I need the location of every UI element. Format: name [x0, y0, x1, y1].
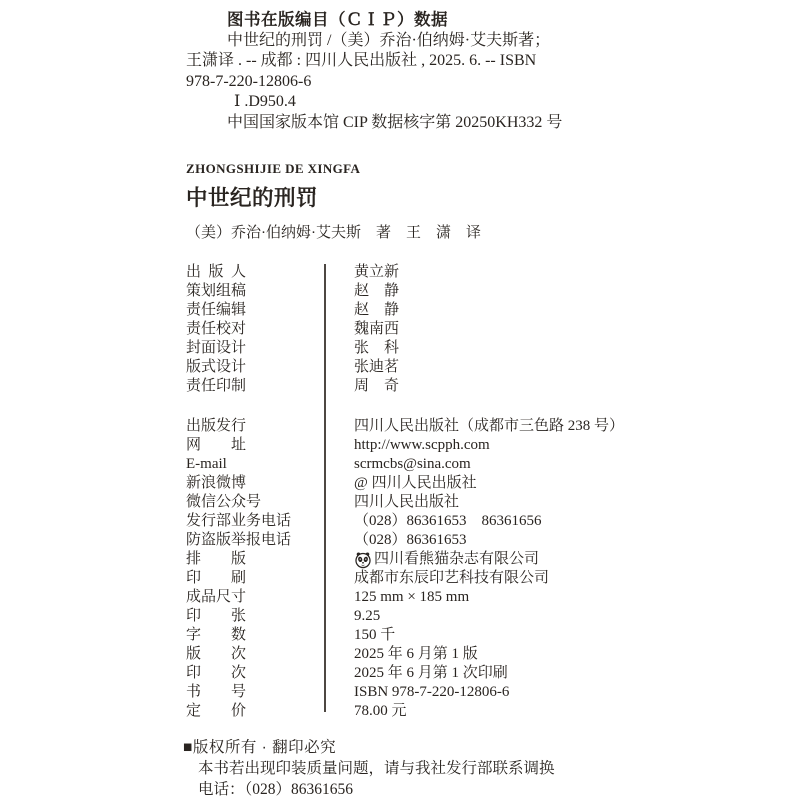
row-label: 策划组稿	[186, 282, 324, 301]
info-row-sales-phone: 发行部业务电话 （028）86361653 86361656	[186, 512, 766, 531]
info-row-publisher: 出版发行 四川人民出版社（成都市三色路 238 号）	[186, 417, 766, 436]
cip-data-block: 图书在版编目（ＣＩＰ）数据 中世纪的刑罚 /（美）乔治·伯纳姆·艾夫斯著； 王潇…	[186, 10, 676, 133]
info-row-website: 网 址 http://www.scpph.com	[186, 436, 766, 455]
row-label: 排 版	[186, 550, 324, 569]
cip-classification: Ⅰ .D950.4	[186, 92, 676, 113]
row-label: 防盗版举报电话	[186, 531, 324, 550]
info-row-sheets: 印 张 9.25	[186, 607, 766, 626]
row-value: 150 千	[324, 626, 395, 645]
row-label: 新浪微博	[186, 474, 324, 493]
row-value: 2025 年 6 月第 1 版	[324, 645, 478, 664]
row-value: scrmcbs@sina.com	[324, 455, 471, 474]
cip-line: 王潇译 . -- 成都 : 四川人民出版社 , 2025. 6. -- ISBN	[186, 51, 676, 72]
info-row-editor: 责任编辑 赵 静	[186, 301, 766, 320]
row-label: 发行部业务电话	[186, 512, 324, 531]
row-label: 版 次	[186, 645, 324, 664]
info-row-impression: 印 次 2025 年 6 月第 1 次印刷	[186, 664, 766, 683]
row-value: 78.00 元	[324, 702, 407, 721]
publication-info-table: 出 版 人 黄立新 策划组稿 赵 静 责任编辑 赵 静 责任校对 魏南西 封面设…	[186, 263, 766, 721]
row-label: E-mail	[186, 455, 324, 474]
row-value: 赵 静	[324, 301, 399, 320]
row-value: @ 四川人民出版社	[324, 474, 477, 493]
row-value: （028）86361653 86361656	[324, 512, 542, 531]
info-row-printing: 印 刷 成都市东辰印艺科技有限公司	[186, 569, 766, 588]
vertical-divider	[324, 264, 326, 712]
row-label: 书 号	[186, 683, 324, 702]
row-value: 2025 年 6 月第 1 次印刷	[324, 664, 508, 683]
row-value: 周 奇	[324, 377, 399, 396]
info-row-piracy-report-phone: 防盗版举报电话 （028）86361653	[186, 531, 766, 550]
info-row-acquisition: 策划组稿 赵 静	[186, 282, 766, 301]
row-label: 字 数	[186, 626, 324, 645]
panda-logo-icon	[354, 551, 372, 569]
row-value: ISBN 978-7-220-12806-6	[324, 683, 509, 702]
row-value: 125 mm × 185 mm	[324, 588, 469, 607]
row-label: 责任印制	[186, 377, 324, 396]
info-row-edition: 版 次 2025 年 6 月第 1 版	[186, 645, 766, 664]
row-value: 四川看熊猫杂志有限公司	[324, 550, 539, 569]
cip-title: 图书在版编目（ＣＩＰ）数据	[186, 10, 676, 31]
row-label: 版式设计	[186, 358, 324, 377]
info-row-layout-design: 版式设计 张迪茗	[186, 358, 766, 377]
author-translator-line: （美）乔治·伯纳姆·艾夫斯 著 王 潇 译	[186, 221, 481, 242]
cip-line: 中世纪的刑罚 /（美）乔治·伯纳姆·艾夫斯著；	[186, 31, 676, 52]
row-label: 印 刷	[186, 569, 324, 588]
info-row-typesetting: 排 版 四川看熊猫杂志有限公司	[186, 550, 766, 569]
row-value: 9.25	[324, 607, 380, 626]
row-label: 印 次	[186, 664, 324, 683]
row-label: 责任校对	[186, 320, 324, 339]
row-value: 张 科	[324, 339, 399, 358]
row-value: 四川人民出版社（成都市三色路 238 号）	[324, 417, 624, 436]
cip-record-number: 中国国家版本馆 CIP 数据核字第 20250KH332 号	[186, 113, 676, 134]
rights-reserved-line: ■版权所有 · 翻印必究	[183, 737, 555, 758]
row-label: 网 址	[186, 436, 324, 455]
info-row-price: 定 价 78.00 元	[186, 702, 766, 721]
info-row-weibo: 新浪微博 @ 四川人民出版社	[186, 474, 766, 493]
quality-exchange-line: 本书若出现印装质量问题，请与我社发行部联系调换	[183, 758, 555, 779]
square-bullet-icon: ■	[183, 739, 193, 756]
cip-line: 978-7-220-12806-6	[186, 72, 676, 93]
info-row-proofreader: 责任校对 魏南西	[186, 320, 766, 339]
row-label: 成品尺寸	[186, 588, 324, 607]
info-row-publisher-person: 出 版 人 黄立新	[186, 263, 766, 282]
row-label: 出 版 人	[186, 263, 324, 282]
row-value: 赵 静	[324, 282, 399, 301]
row-value: 四川人民出版社	[324, 493, 459, 512]
title-block: ZHONGSHIJIE DE XINGFA 中世纪的刑罚 （美）乔治·伯纳姆·艾…	[186, 161, 481, 242]
row-value: （028）86361653	[324, 531, 467, 550]
book-title: 中世纪的刑罚	[186, 181, 481, 212]
row-label: 封面设计	[186, 339, 324, 358]
info-row-isbn: 书 号 ISBN 978-7-220-12806-6	[186, 683, 766, 702]
rights-reserved-text: 版权所有 · 翻印必究	[193, 739, 336, 756]
typesetting-company: 四川看熊猫杂志有限公司	[374, 550, 539, 569]
row-label: 印 张	[186, 607, 324, 626]
row-value: 黄立新	[324, 263, 399, 282]
row-label: 责任编辑	[186, 301, 324, 320]
info-row-print-supervisor: 责任印制 周 奇	[186, 377, 766, 396]
row-value: http://www.scpph.com	[324, 436, 490, 455]
section-gap	[186, 396, 766, 417]
pinyin-title: ZHONGSHIJIE DE XINGFA	[186, 161, 481, 177]
info-row-wechat: 微信公众号 四川人民出版社	[186, 493, 766, 512]
row-label: 微信公众号	[186, 493, 324, 512]
copyright-notice: ■版权所有 · 翻印必究 本书若出现印装质量问题，请与我社发行部联系调换 电话：…	[183, 737, 555, 800]
row-label: 出版发行	[186, 417, 324, 436]
row-value: 张迪茗	[324, 358, 399, 377]
row-value: 成都市东辰印艺科技有限公司	[324, 569, 549, 588]
contact-phone-line: 电话：（028）86361656	[183, 779, 555, 800]
book-copyright-page: 图书在版编目（ＣＩＰ）数据 中世纪的刑罚 /（美）乔治·伯纳姆·艾夫斯著； 王潇…	[0, 0, 800, 800]
row-label: 定 价	[186, 702, 324, 721]
info-row-cover-design: 封面设计 张 科	[186, 339, 766, 358]
row-value: 魏南西	[324, 320, 399, 339]
info-row-email: E-mail scrmcbs@sina.com	[186, 455, 766, 474]
info-row-trim-size: 成品尺寸 125 mm × 185 mm	[186, 588, 766, 607]
info-row-word-count: 字 数 150 千	[186, 626, 766, 645]
